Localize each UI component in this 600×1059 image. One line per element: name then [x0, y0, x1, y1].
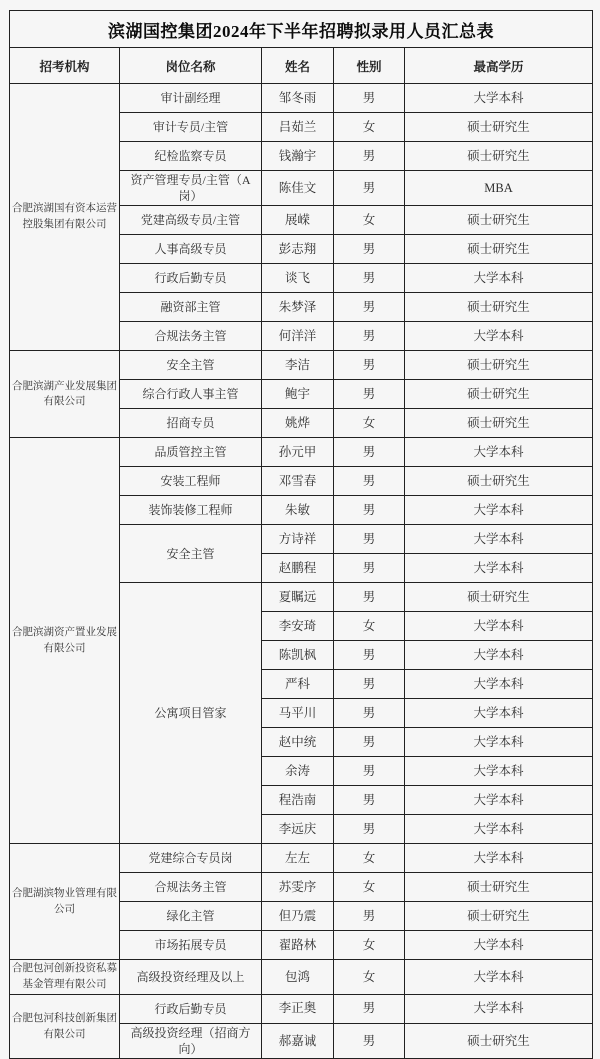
gender-cell: 女	[334, 113, 405, 142]
gender-cell: 男	[334, 902, 405, 931]
education-cell: 大学本科	[405, 612, 593, 641]
title-row: 滨湖国控集团2024年下半年招聘拟录用人员汇总表	[10, 11, 593, 48]
gender-cell: 男	[334, 264, 405, 293]
table-row: 合肥湖滨物业管理有限公司党建综合专员岗左左女大学本科	[10, 844, 593, 873]
name-cell: 余涛	[262, 757, 334, 786]
recruitment-summary-table: 滨湖国控集团2024年下半年招聘拟录用人员汇总表 招考机构 岗位名称 姓名 性别…	[9, 10, 593, 1059]
name-cell: 朱敏	[262, 496, 334, 525]
gender-cell: 女	[334, 960, 405, 995]
name-cell: 夏瞩远	[262, 583, 334, 612]
name-cell: 左左	[262, 844, 334, 873]
gender-cell: 男	[334, 84, 405, 113]
education-cell: 大学本科	[405, 728, 593, 757]
name-cell: 邹冬雨	[262, 84, 334, 113]
gender-cell: 男	[334, 496, 405, 525]
education-cell: 大学本科	[405, 786, 593, 815]
position-cell: 融资部主管	[120, 293, 262, 322]
name-cell: 赵中统	[262, 728, 334, 757]
name-cell: 方诗祥	[262, 525, 334, 554]
name-cell: 郝嘉诚	[262, 1023, 334, 1058]
education-cell: 硕士研究生	[405, 380, 593, 409]
table-body: 合肥滨湖国有资本运营控股集团有限公司审计副经理邹冬雨男大学本科审计专员/主管吕茹…	[10, 84, 593, 1059]
gender-cell: 男	[334, 380, 405, 409]
name-cell: 姚烨	[262, 409, 334, 438]
name-cell: 但乃震	[262, 902, 334, 931]
column-header-education: 最高学历	[405, 48, 593, 84]
org-cell: 合肥湖滨物业管理有限公司	[10, 844, 120, 960]
table-row: 合肥包河创新投资私募基金管理有限公司高级投资经理及以上包鸿女大学本科	[10, 960, 593, 995]
education-cell: 大学本科	[405, 438, 593, 467]
gender-cell: 男	[334, 351, 405, 380]
org-cell: 合肥滨湖资产置业发展有限公司	[10, 438, 120, 844]
gender-cell: 男	[334, 322, 405, 351]
education-cell: 大学本科	[405, 815, 593, 844]
position-cell: 审计副经理	[120, 84, 262, 113]
education-cell: 大学本科	[405, 670, 593, 699]
name-cell: 李正奥	[262, 994, 334, 1023]
education-cell: 大学本科	[405, 994, 593, 1023]
position-cell: 党建综合专员岗	[120, 844, 262, 873]
position-cell: 纪检监察专员	[120, 142, 262, 171]
gender-cell: 男	[334, 171, 405, 206]
name-cell: 李安琦	[262, 612, 334, 641]
education-cell: 大学本科	[405, 264, 593, 293]
education-cell: 大学本科	[405, 525, 593, 554]
org-cell: 合肥包河科技创新集团有限公司	[10, 994, 120, 1058]
education-cell: 大学本科	[405, 931, 593, 960]
name-cell: 赵鹏程	[262, 554, 334, 583]
gender-cell: 男	[334, 1023, 405, 1058]
table-row: 合肥包河科技创新集团有限公司行政后勤专员李正奥男大学本科	[10, 994, 593, 1023]
education-cell: 硕士研究生	[405, 235, 593, 264]
gender-cell: 女	[334, 612, 405, 641]
gender-cell: 女	[334, 206, 405, 235]
position-cell: 党建高级专员/主管	[120, 206, 262, 235]
education-cell: 硕士研究生	[405, 351, 593, 380]
gender-cell: 男	[334, 641, 405, 670]
position-cell: 高级投资经理（招商方向）	[120, 1023, 262, 1058]
education-cell: 硕士研究生	[405, 293, 593, 322]
education-cell: 大学本科	[405, 84, 593, 113]
gender-cell: 男	[334, 757, 405, 786]
gender-cell: 女	[334, 931, 405, 960]
name-cell: 陈佳文	[262, 171, 334, 206]
gender-cell: 男	[334, 235, 405, 264]
education-cell: 硕士研究生	[405, 902, 593, 931]
position-cell: 装饰装修工程师	[120, 496, 262, 525]
position-cell: 综合行政人事主管	[120, 380, 262, 409]
gender-cell: 男	[334, 293, 405, 322]
position-cell: 行政后勤专员	[120, 994, 262, 1023]
name-cell: 谈飞	[262, 264, 334, 293]
name-cell: 陈凯枫	[262, 641, 334, 670]
education-cell: 大学本科	[405, 554, 593, 583]
org-cell: 合肥滨湖国有资本运营控股集团有限公司	[10, 84, 120, 351]
education-cell: 大学本科	[405, 496, 593, 525]
gender-cell: 男	[334, 525, 405, 554]
education-cell: 硕士研究生	[405, 142, 593, 171]
column-header-position: 岗位名称	[120, 48, 262, 84]
position-cell: 公寓项目管家	[120, 583, 262, 844]
education-cell: 硕士研究生	[405, 467, 593, 496]
table-row: 合肥滨湖国有资本运营控股集团有限公司审计副经理邹冬雨男大学本科	[10, 84, 593, 113]
position-cell: 安全主管	[120, 525, 262, 583]
gender-cell: 男	[334, 699, 405, 728]
name-cell: 苏雯序	[262, 873, 334, 902]
position-cell: 绿化主管	[120, 902, 262, 931]
org-cell: 合肥滨湖产业发展集团有限公司	[10, 351, 120, 438]
position-cell: 安全主管	[120, 351, 262, 380]
position-cell: 行政后勤专员	[120, 264, 262, 293]
name-cell: 邓雪春	[262, 467, 334, 496]
education-cell: 大学本科	[405, 844, 593, 873]
position-cell: 审计专员/主管	[120, 113, 262, 142]
gender-cell: 女	[334, 873, 405, 902]
header-row: 招考机构 岗位名称 姓名 性别 最高学历	[10, 48, 593, 84]
position-cell: 招商专员	[120, 409, 262, 438]
gender-cell: 男	[334, 438, 405, 467]
position-cell: 市场拓展专员	[120, 931, 262, 960]
position-cell: 资产管理专员/主管（A岗）	[120, 171, 262, 206]
column-header-org: 招考机构	[10, 48, 120, 84]
table-row: 合肥滨湖产业发展集团有限公司安全主管李洁男硕士研究生	[10, 351, 593, 380]
name-cell: 翟路林	[262, 931, 334, 960]
name-cell: 彭志翔	[262, 235, 334, 264]
gender-cell: 女	[334, 844, 405, 873]
education-cell: 大学本科	[405, 322, 593, 351]
gender-cell: 男	[334, 467, 405, 496]
gender-cell: 男	[334, 815, 405, 844]
education-cell: 大学本科	[405, 641, 593, 670]
name-cell: 吕茹兰	[262, 113, 334, 142]
column-header-name: 姓名	[262, 48, 334, 84]
name-cell: 马平川	[262, 699, 334, 728]
table-row: 合肥滨湖资产置业发展有限公司品质管控主管孙元甲男大学本科	[10, 438, 593, 467]
name-cell: 程浩南	[262, 786, 334, 815]
gender-cell: 男	[334, 670, 405, 699]
page: 滨湖国控集团2024年下半年招聘拟录用人员汇总表 招考机构 岗位名称 姓名 性别…	[0, 0, 600, 1059]
position-cell: 合规法务主管	[120, 322, 262, 351]
position-cell: 高级投资经理及以上	[120, 960, 262, 995]
name-cell: 孙元甲	[262, 438, 334, 467]
education-cell: 大学本科	[405, 699, 593, 728]
gender-cell: 男	[334, 142, 405, 171]
education-cell: 硕士研究生	[405, 113, 593, 142]
name-cell: 钱瀚宇	[262, 142, 334, 171]
gender-cell: 女	[334, 409, 405, 438]
table-title: 滨湖国控集团2024年下半年招聘拟录用人员汇总表	[10, 11, 593, 48]
gender-cell: 男	[334, 994, 405, 1023]
name-cell: 鲍宇	[262, 380, 334, 409]
name-cell: 严科	[262, 670, 334, 699]
name-cell: 展嵘	[262, 206, 334, 235]
gender-cell: 男	[334, 554, 405, 583]
name-cell: 李远庆	[262, 815, 334, 844]
position-cell: 安装工程师	[120, 467, 262, 496]
education-cell: 硕士研究生	[405, 583, 593, 612]
education-cell: 硕士研究生	[405, 409, 593, 438]
position-cell: 合规法务主管	[120, 873, 262, 902]
education-cell: 大学本科	[405, 757, 593, 786]
education-cell: 大学本科	[405, 960, 593, 995]
org-cell: 合肥包河创新投资私募基金管理有限公司	[10, 960, 120, 995]
name-cell: 朱梦泽	[262, 293, 334, 322]
column-header-gender: 性别	[334, 48, 405, 84]
name-cell: 包鸿	[262, 960, 334, 995]
gender-cell: 男	[334, 728, 405, 757]
name-cell: 何洋洋	[262, 322, 334, 351]
position-cell: 品质管控主管	[120, 438, 262, 467]
education-cell: 硕士研究生	[405, 873, 593, 902]
position-cell: 人事高级专员	[120, 235, 262, 264]
education-cell: 硕士研究生	[405, 1023, 593, 1058]
gender-cell: 男	[334, 583, 405, 612]
gender-cell: 男	[334, 786, 405, 815]
name-cell: 李洁	[262, 351, 334, 380]
education-cell: 硕士研究生	[405, 206, 593, 235]
education-cell: MBA	[405, 171, 593, 206]
